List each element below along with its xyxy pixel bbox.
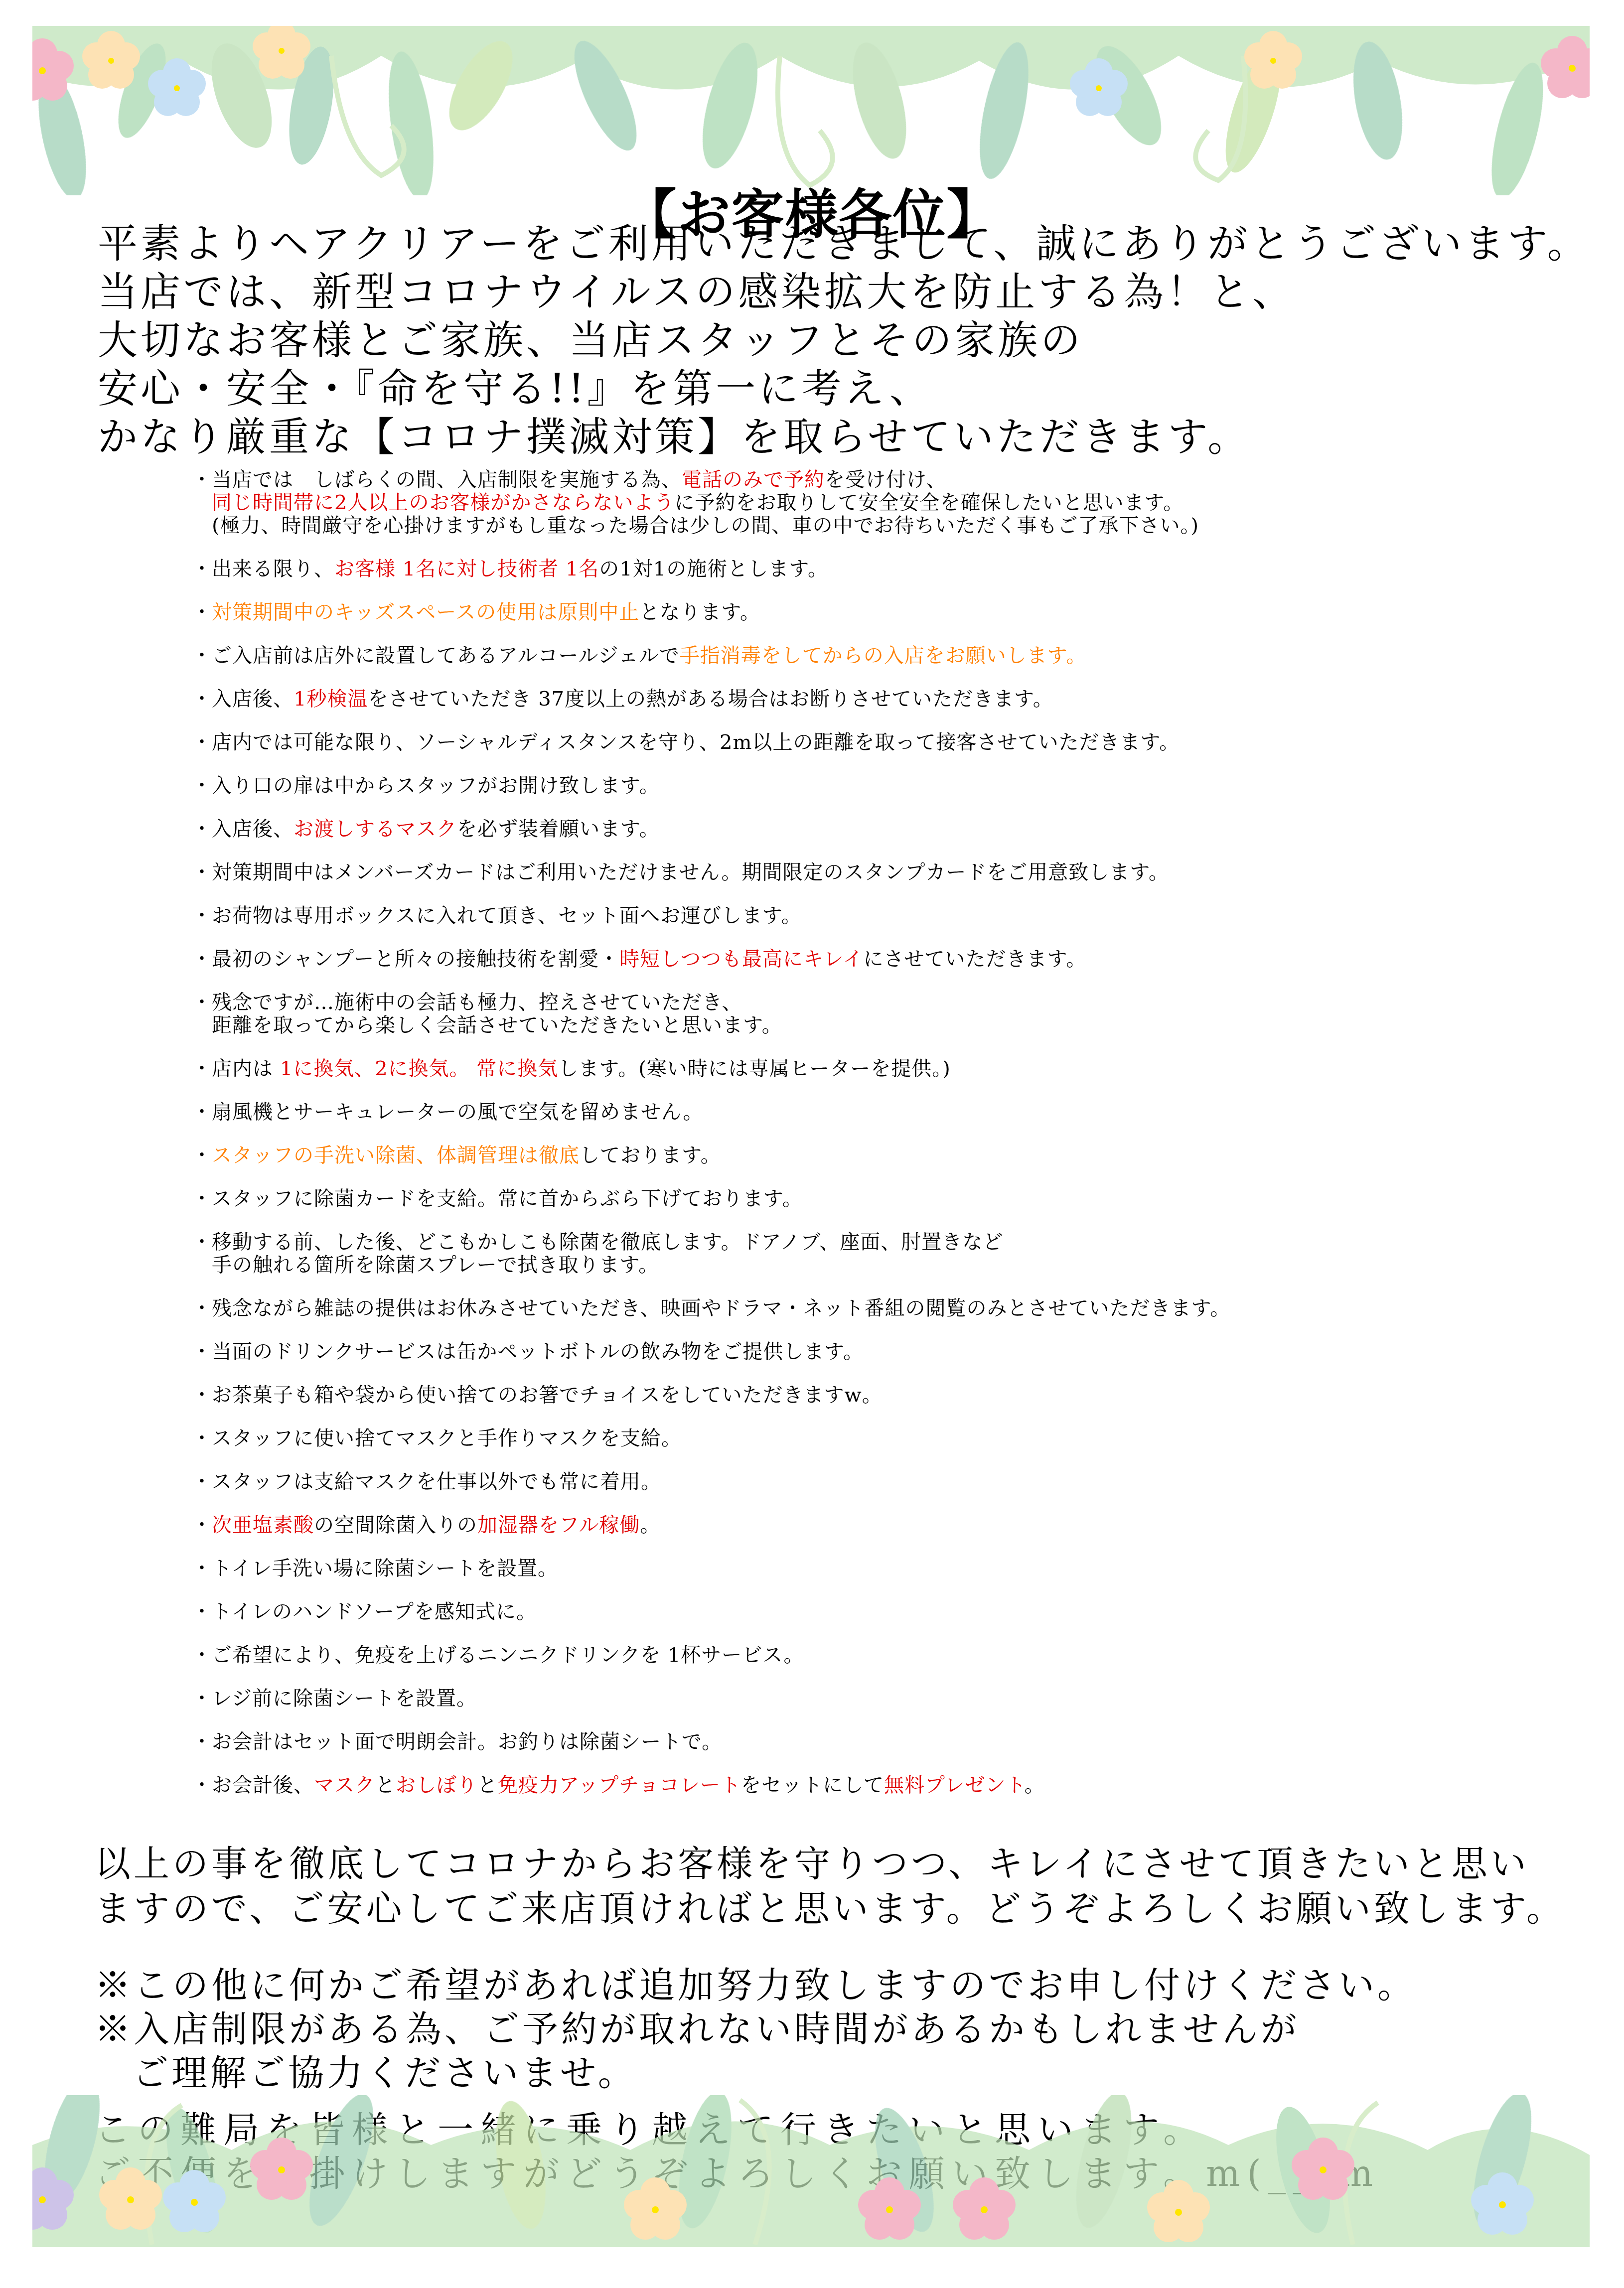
bullet-icon: ・ [192, 904, 212, 927]
list-item: ・対策期間中はメンバーズカードはご利用いただけません。期間限定のスタンプカードを… [192, 861, 1487, 884]
list-item-line: (極力、時間厳守を心掛けますがもし重なった場合は少しの間、車の中でお待ちいただく… [192, 514, 1487, 537]
rule-text: お会計はセット面で明朗会計。お釣りは除菌シートで。 [212, 1730, 722, 1753]
highlighted-text: おしぼり [396, 1774, 477, 1797]
notes-section: ※この他に何かご希望があれば追加努力致しますのでお申し付けください。 ※入店制限… [95, 1963, 1570, 2095]
bullet-icon: ・ [192, 731, 212, 754]
rule-text: 距離を取ってから楽しく会話させていただきたいと思います。 [212, 1014, 782, 1037]
bullet-icon: ・ [192, 1600, 212, 1623]
list-item: ・トイレ手洗い場に除菌シートを設置。 [192, 1557, 1487, 1580]
rule-text: スタッフは支給マスクを仕事以外でも常に着用。 [212, 1470, 661, 1493]
rule-text: と [375, 1774, 396, 1797]
bullet-icon: ・ [192, 1340, 212, 1363]
rule-text: をセットにして [741, 1774, 884, 1797]
rule-text: ご入店前は店外に設置してあるアルコールジェルで [212, 644, 680, 667]
list-item-line: ・当面のドリンクサービスは缶かペットボトルの飲み物をご提供します。 [192, 1340, 1487, 1363]
list-item: ・お荷物は専用ボックスに入れて頂き、セット面へお運びします。 [192, 904, 1487, 927]
list-item-line: ・対策期間中のキッズスペースの使用は原則中止となります。 [192, 601, 1487, 624]
list-item: ・トイレのハンドソープを感知式に。 [192, 1600, 1487, 1623]
rule-text: 入店後、 [212, 818, 294, 841]
list-item: ・お茶菓子も箱や袋から使い捨てのお箸でチョイスをしていただきますw。 [192, 1384, 1487, 1407]
rule-text: の1対1の施術とします。 [599, 558, 828, 580]
bullet-icon: ・ [192, 1384, 212, 1407]
intro-line: 安心・安全・『命を守る!!』を第一に考え、 [98, 364, 1573, 413]
list-item-line: ・お荷物は専用ボックスに入れて頂き、セット面へお運びします。 [192, 904, 1487, 927]
rule-text: 入り口の扉は中からスタッフがお開け致します。 [212, 774, 660, 797]
highlighted-text: 1秒検温 [294, 688, 368, 711]
list-item: ・スタッフに使い捨てマスクと手作りマスクを支給。 [192, 1427, 1487, 1450]
rule-text: 当面のドリンクサービスは缶かペットボトルの飲み物をご提供します。 [212, 1340, 864, 1363]
list-item: ・店内は 1に換気、2に換気。 常に換気します。(寒い時には専属ヒーターを提供。… [192, 1057, 1487, 1080]
highlighted-text: スタッフの手洗い除菌、体調管理は徹底 [212, 1144, 580, 1167]
rule-text: 残念ですが…施術中の会話も極力、控えさせていただき、 [212, 991, 742, 1014]
list-item-line: ・お会計はセット面で明朗会計。お釣りは除菌シートで。 [192, 1730, 1487, 1753]
bullet-icon: ・ [192, 1557, 212, 1580]
bullet-icon: ・ [192, 601, 212, 624]
bullet-icon: ・ [192, 1057, 212, 1080]
floral-border-top [32, 26, 1590, 195]
list-item: ・対策期間中のキッズスペースの使用は原則中止となります。 [192, 601, 1487, 624]
rule-text: 入店後、 [212, 688, 294, 711]
bullet-icon: ・ [192, 1514, 212, 1537]
list-item-line: ・扇風機とサーキュレーターの風で空気を留めません。 [192, 1101, 1487, 1124]
list-item-line: ・レジ前に除菌シートを設置。 [192, 1687, 1487, 1710]
rule-text: 手の触れる箇所を除菌スプレーで拭き取ります。 [212, 1254, 659, 1277]
rule-text: となります。 [639, 601, 760, 624]
rule-text: 扇風機とサーキュレーターの風で空気を留めません。 [212, 1101, 703, 1124]
list-item-line: ・店内は 1に換気、2に換気。 常に換気します。(寒い時には専属ヒーターを提供。… [192, 1057, 1487, 1080]
note-line: ※入店制限がある為、ご予約が取れない時間があるかもしれませんが [95, 2007, 1570, 2051]
list-item-line: ・対策期間中はメンバーズカードはご利用いただけません。期間限定のスタンプカードを… [192, 861, 1487, 884]
list-item: ・残念ですが…施術中の会話も極力、控えさせていただき、距離を取ってから楽しく会話… [192, 991, 1487, 1037]
rule-text: お会計後、 [212, 1774, 314, 1797]
list-item: ・移動する前、した後、どこもかしこも除菌を徹底します。ドアノブ、座面、肘置きなど… [192, 1231, 1487, 1277]
floral-border-bottom [32, 2095, 1590, 2247]
list-item-line: ・次亜塩素酸の空間除菌入りの加湿器をフル稼働。 [192, 1514, 1487, 1537]
list-item: ・入店後、1秒検温をさせていただき 37度以上の熱がある場合はお断りさせていただ… [192, 688, 1487, 711]
rule-text: にさせていただきます。 [864, 948, 1087, 971]
bullet-icon: ・ [192, 1144, 212, 1167]
rule-text: を必ず装着願います。 [457, 818, 660, 841]
list-item: ・スタッフは支給マスクを仕事以外でも常に着用。 [192, 1470, 1487, 1493]
bullet-icon: ・ [192, 1470, 212, 1493]
highlighted-text: 1に換気、2に換気。 常に換気 [280, 1057, 559, 1080]
rule-text: 最初のシャンプーと所々の接触技術を割愛・ [212, 948, 619, 971]
closing-paragraph: 以上の事を徹底してコロナからお客様を守りつつ、キレイにさせて頂きたいと思い ます… [95, 1841, 1570, 1931]
rule-text: 移動する前、した後、どこもかしこも除菌を徹底します。ドアノブ、座面、肘置きなど [212, 1231, 1003, 1254]
highlighted-text: お客様 1名に対し技術者 1名 [334, 558, 599, 580]
highlighted-text: 次亜塩素酸 [212, 1514, 314, 1537]
rule-text: お荷物は専用ボックスに入れて頂き、セット面へお運びします。 [212, 904, 802, 927]
rule-text: 。 [640, 1514, 660, 1537]
list-item-line: ・最初のシャンプーと所々の接触技術を割愛・時短しつつも最高にキレイにさせていただ… [192, 948, 1487, 971]
intro-line: 大切なお客様とご家族、当店スタッフとその家族の [98, 316, 1573, 364]
rule-text: をさせていただき 37度以上の熱がある場合はお断りさせていただきます。 [368, 688, 1053, 711]
rule-text: を受け付け、 [825, 468, 946, 491]
list-item-line: ・移動する前、した後、どこもかしこも除菌を徹底します。ドアノブ、座面、肘置きなど [192, 1231, 1487, 1254]
bullet-icon: ・ [192, 861, 212, 884]
highlighted-text: 対策期間中のキッズスペースの使用は原則中止 [212, 601, 639, 624]
list-item-line: ・トイレのハンドソープを感知式に。 [192, 1600, 1487, 1623]
list-item-line: ・入店後、お渡しするマスクを必ず装着願います。 [192, 818, 1487, 841]
rule-text: 出来る限り、 [212, 558, 334, 580]
bullet-icon: ・ [192, 1427, 212, 1450]
list-item: ・お会計後、マスクとおしぼりと免疫力アップチョコレートをセットにして無料プレゼン… [192, 1774, 1487, 1797]
intro-line: 当店では、新型コロナウイルスの感染拡大を防止する為！と、 [98, 268, 1573, 316]
rule-text: トイレ手洗い場に除菌シートを設置。 [212, 1557, 558, 1580]
rule-text: します。(寒い時には専属ヒーターを提供。) [558, 1057, 950, 1080]
list-item: ・当店では しばらくの間、入店制限を実施する為、電話のみで予約を受け付け、同じ時… [192, 468, 1487, 537]
list-item: ・次亜塩素酸の空間除菌入りの加湿器をフル稼働。 [192, 1514, 1487, 1537]
rule-text: に予約をお取りして安全安全を確保したいと思います。 [674, 491, 1183, 514]
list-item: ・出来る限り、お客様 1名に対し技術者 1名の1対1の施術とします。 [192, 558, 1487, 580]
highlighted-text: 電話のみで予約 [682, 468, 825, 491]
bullet-icon: ・ [192, 818, 212, 841]
note-line: ご理解ご協力くださいませ。 [95, 2051, 1570, 2095]
bullet-icon: ・ [192, 991, 212, 1014]
rule-text: 残念ながら雑誌の提供はお休みさせていただき、映画やドラマ・ネット番組の閲覧のみと… [212, 1297, 1230, 1320]
list-item-line: ・入り口の扉は中からスタッフがお開け致します。 [192, 774, 1487, 797]
list-item-line: ・スタッフの手洗い除菌、体調管理は徹底しております。 [192, 1144, 1487, 1167]
rule-text: お茶菓子も箱や袋から使い捨てのお箸でチョイスをしていただきますw。 [212, 1384, 883, 1407]
list-item-line: 同じ時間帯に2人以上のお客様がかさならないように予約をお取りして安全安全を確保し… [192, 491, 1487, 514]
list-item: ・入り口の扉は中からスタッフがお開け致します。 [192, 774, 1487, 797]
list-item-line: ・ご希望により、免疫を上げるニンニクドリンクを 1杯サービス。 [192, 1644, 1487, 1667]
rule-text: レジ前に除菌シートを設置。 [212, 1687, 477, 1710]
rule-text: ご希望により、免疫を上げるニンニクドリンクを 1杯サービス。 [212, 1644, 804, 1667]
countermeasures-list: ・当店では しばらくの間、入店制限を実施する為、電話のみで予約を受け付け、同じ時… [192, 468, 1487, 1817]
highlighted-text: お渡しするマスク [294, 818, 457, 841]
rule-text: 対策期間中はメンバーズカードはご利用いただけません。期間限定のスタンプカードをご… [212, 861, 1169, 884]
highlighted-text: 手指消毒をしてからの入店をお願いします。 [680, 644, 1087, 667]
list-item: ・お会計はセット面で明朗会計。お釣りは除菌シートで。 [192, 1730, 1487, 1753]
rule-text: トイレのハンドソープを感知式に。 [212, 1600, 537, 1623]
list-item-line: ・入店後、1秒検温をさせていただき 37度以上の熱がある場合はお断りさせていただ… [192, 688, 1487, 711]
note-line: ※この他に何かご希望があれば追加努力致しますのでお申し付けください。 [95, 1963, 1570, 2007]
list-item-line: 手の触れる箇所を除菌スプレーで拭き取ります。 [192, 1254, 1487, 1277]
list-item-line: ・お会計後、マスクとおしぼりと免疫力アップチョコレートをセットにして無料プレゼン… [192, 1774, 1487, 1797]
intro-paragraph: 平素よりヘアクリアーをご利用いただきまして、誠にありがとうございます。 当店では… [98, 219, 1573, 461]
bullet-icon: ・ [192, 468, 212, 491]
bullet-icon: ・ [192, 688, 212, 711]
list-item-line: ・スタッフに除菌カードを支給。常に首からぶら下げております。 [192, 1187, 1487, 1210]
list-item-line: ・出来る限り、お客様 1名に対し技術者 1名の1対1の施術とします。 [192, 558, 1487, 580]
bullet-icon: ・ [192, 644, 212, 667]
rule-text: スタッフに使い捨てマスクと手作りマスクを支給。 [212, 1427, 682, 1450]
highlighted-text: 加湿器をフル稼働 [477, 1514, 640, 1537]
list-item: ・入店後、お渡しするマスクを必ず装着願います。 [192, 818, 1487, 841]
list-item-line: ・トイレ手洗い場に除菌シートを設置。 [192, 1557, 1487, 1580]
list-item: ・店内では可能な限り、ソーシャルディスタンスを守り、2m以上の距離を取って接客さ… [192, 731, 1487, 754]
list-item-line: ・残念ですが…施術中の会話も極力、控えさせていただき、 [192, 991, 1487, 1014]
bullet-icon: ・ [192, 948, 212, 971]
highlighted-text: 免疫力アップチョコレート [498, 1774, 741, 1797]
rule-text: の空間除菌入りの [314, 1514, 477, 1537]
highlighted-text: 時短しつつも最高にキレイ [619, 948, 864, 971]
bullet-icon: ・ [192, 1774, 212, 1797]
bullet-icon: ・ [192, 1730, 212, 1753]
list-item: ・スタッフの手洗い除菌、体調管理は徹底しております。 [192, 1144, 1487, 1167]
list-item-line: ・店内では可能な限り、ソーシャルディスタンスを守り、2m以上の距離を取って接客さ… [192, 731, 1487, 754]
list-item-line: ・残念ながら雑誌の提供はお休みさせていただき、映画やドラマ・ネット番組の閲覧のみ… [192, 1297, 1487, 1320]
list-item-line: ・スタッフは支給マスクを仕事以外でも常に着用。 [192, 1470, 1487, 1493]
bullet-icon: ・ [192, 1644, 212, 1667]
list-item: ・レジ前に除菌シートを設置。 [192, 1687, 1487, 1710]
list-item: ・残念ながら雑誌の提供はお休みさせていただき、映画やドラマ・ネット番組の閲覧のみ… [192, 1297, 1487, 1320]
list-item: ・スタッフに除菌カードを支給。常に首からぶら下げております。 [192, 1187, 1487, 1210]
intro-line: かなり厳重な【コロナ撲滅対策】を取らせていただきます。 [98, 413, 1573, 461]
bullet-icon: ・ [192, 1187, 212, 1210]
list-item: ・扇風機とサーキュレーターの風で空気を留めません。 [192, 1101, 1487, 1124]
rule-text: (極力、時間厳守を心掛けますがもし重なった場合は少しの間、車の中でお待ちいただく… [212, 514, 1199, 537]
leaf-vine-decoration-icon [32, 26, 1590, 195]
list-item: ・最初のシャンプーと所々の接触技術を割愛・時短しつつも最高にキレイにさせていただ… [192, 948, 1487, 971]
rule-text: スタッフに除菌カードを支給。常に首からぶら下げております。 [212, 1187, 803, 1210]
list-item-line: ・ご入店前は店外に設置してあるアルコールジェルで手指消毒をしてからの入店をお願い… [192, 644, 1487, 667]
list-item-line: ・お茶菓子も箱や袋から使い捨てのお箸でチョイスをしていただきますw。 [192, 1384, 1487, 1407]
bullet-icon: ・ [192, 774, 212, 797]
bullet-icon: ・ [192, 1101, 212, 1124]
list-item: ・当面のドリンクサービスは缶かペットボトルの飲み物をご提供します。 [192, 1340, 1487, 1363]
bullet-icon: ・ [192, 1231, 212, 1254]
bullet-icon: ・ [192, 558, 212, 580]
bullet-icon: ・ [192, 1297, 212, 1320]
highlighted-text: 同じ時間帯に2人以上のお客様がかさならないよう [212, 491, 674, 514]
closing-line: 以上の事を徹底してコロナからお客様を守りつつ、キレイにさせて頂きたいと思い [95, 1841, 1570, 1886]
list-item-line: ・当店では しばらくの間、入店制限を実施する為、電話のみで予約を受け付け、 [192, 468, 1487, 491]
list-item: ・ご入店前は店外に設置してあるアルコールジェルで手指消毒をしてからの入店をお願い… [192, 644, 1487, 667]
rule-text: しております。 [580, 1144, 721, 1167]
rule-text: 店内は [212, 1057, 280, 1080]
intro-line: 平素よりヘアクリアーをご利用いただきまして、誠にありがとうございます。 [98, 219, 1573, 268]
bullet-icon: ・ [192, 1687, 212, 1710]
rule-text: 当店では しばらくの間、入店制限を実施する為、 [212, 468, 682, 491]
rule-text: 。 [1025, 1774, 1045, 1797]
highlighted-text: マスク [314, 1774, 375, 1797]
rule-text: と [477, 1774, 498, 1797]
highlighted-text: 無料プレゼント [884, 1774, 1025, 1797]
list-item: ・ご希望により、免疫を上げるニンニクドリンクを 1杯サービス。 [192, 1644, 1487, 1667]
rule-text: 店内では可能な限り、ソーシャルディスタンスを守り、2m以上の距離を取って接客させ… [212, 731, 1180, 754]
list-item-line: 距離を取ってから楽しく会話させていただきたいと思います。 [192, 1014, 1487, 1037]
list-item-line: ・スタッフに使い捨てマスクと手作りマスクを支給。 [192, 1427, 1487, 1450]
closing-line: ますので、ご安心してご来店頂ければと思います。どうぞよろしくお願い致します。 [95, 1886, 1570, 1931]
leaf-flower-decoration-icon [32, 2095, 1590, 2247]
